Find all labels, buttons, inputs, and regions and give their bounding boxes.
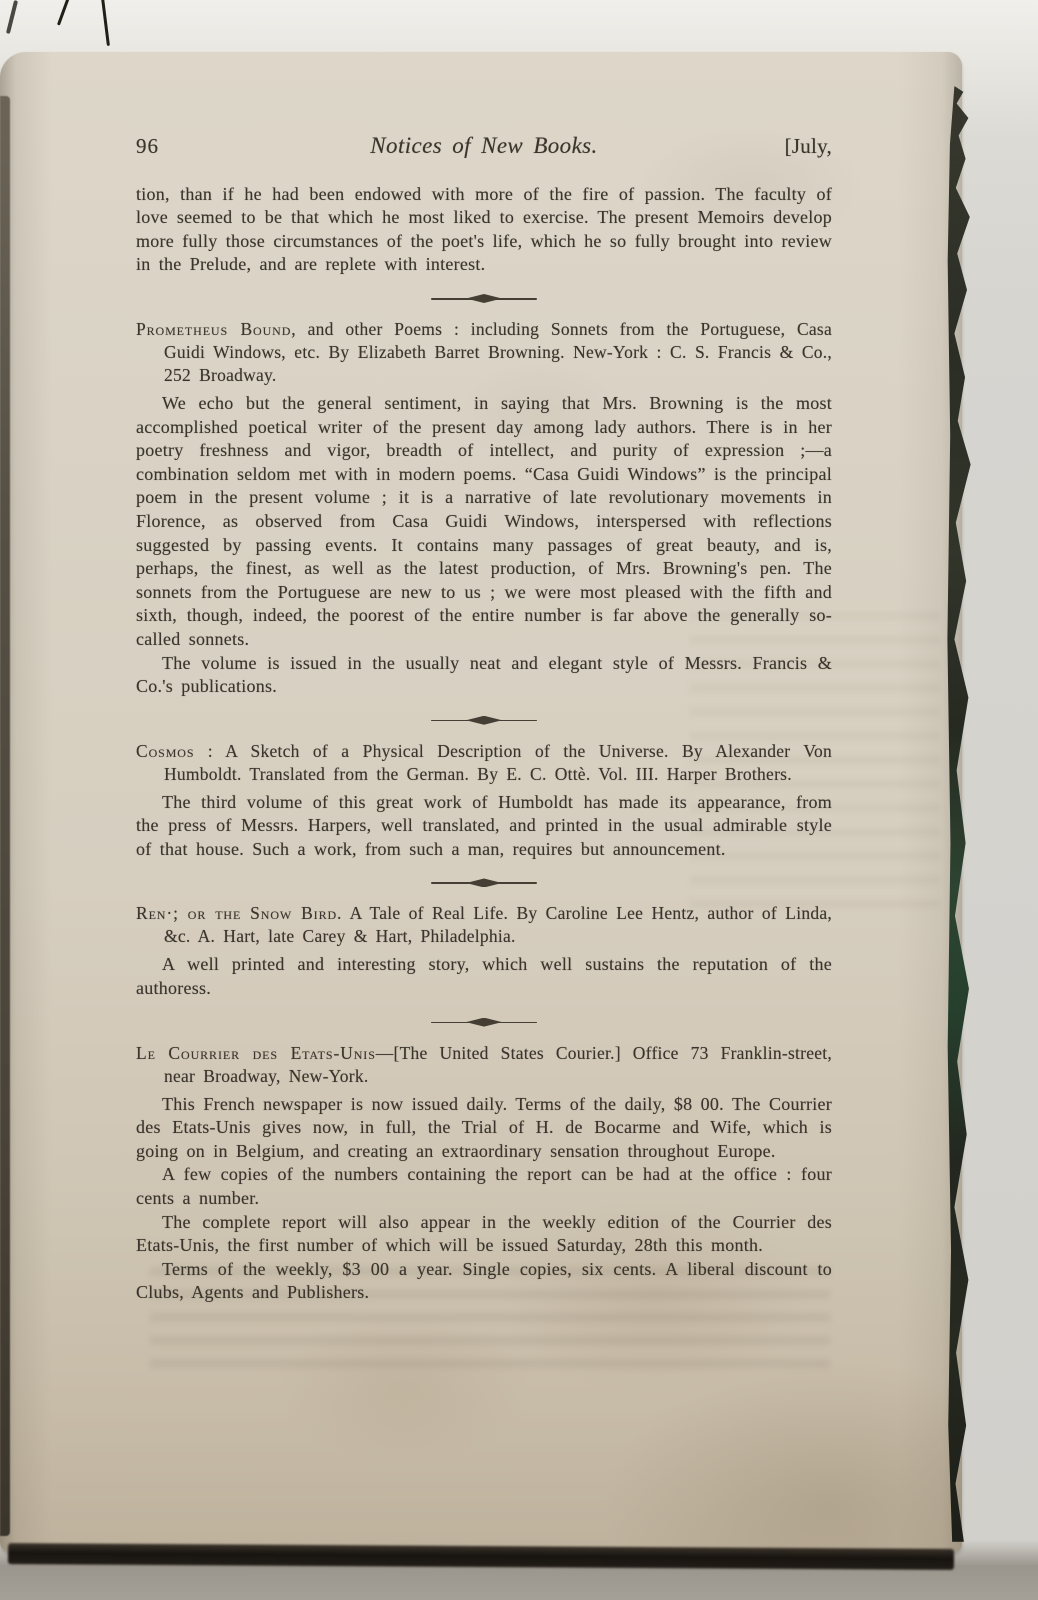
- entry-title: Ren·; or the Snow Bird.: [136, 903, 342, 923]
- entry-title: Cosmos: [136, 741, 194, 761]
- entry-paragraph: The complete report will also appear in …: [136, 1211, 832, 1258]
- divider-diamond-ornament: [466, 878, 502, 887]
- book-notice-courrier-des-etats-unis: Le Courrier des Etats-Unis—[The United S…: [136, 1042, 832, 1305]
- section-divider: [431, 878, 537, 887]
- entry-heading: Le Courrier des Etats-Unis—[The United S…: [136, 1042, 832, 1088]
- divider-diamond-ornament: [466, 294, 502, 303]
- section-divider: [431, 1018, 537, 1027]
- entry-title: Prometheus Bound: [136, 319, 291, 339]
- entry-paragraph: We echo but the general sentiment, in sa…: [136, 392, 832, 652]
- entry-heading-rest: : A Sketch of a Physical Description of …: [164, 741, 832, 784]
- binding-gutter-shadow: [0, 96, 10, 1536]
- entry-heading: Cosmos : A Sketch of a Physical Descript…: [136, 740, 832, 786]
- entry-heading: Prometheus Bound, and other Poems : incl…: [136, 318, 832, 387]
- book-notice-snow-bird: Ren·; or the Snow Bird. A Tale of Real L…: [136, 902, 832, 1000]
- intro-paragraph: tion, than if he had been endowed with m…: [136, 183, 832, 277]
- entry-paragraph: A few copies of the numbers containing t…: [136, 1163, 832, 1210]
- book-page: 96 Notices of New Books. [July, tion, th…: [0, 52, 962, 1552]
- binding-thread: [6, 0, 18, 34]
- entry-paragraph: This French newspaper is now issued dail…: [136, 1093, 832, 1164]
- page-content: 96 Notices of New Books. [July, tion, th…: [0, 52, 962, 1305]
- entry-heading: Ren·; or the Snow Bird. A Tale of Real L…: [136, 902, 832, 948]
- entry-paragraph: The third volume of this great work of H…: [136, 791, 832, 862]
- divider-diamond-ornament: [466, 716, 502, 725]
- entry-paragraph: A well printed and interesting story, wh…: [136, 953, 832, 1000]
- entry-paragraph: The volume is issued in the usually neat…: [136, 652, 832, 699]
- torn-page-edge: [946, 86, 974, 1542]
- page-bottom-shadow: [8, 1543, 954, 1570]
- entry-title: Le Courrier des Etats-Unis: [136, 1043, 376, 1063]
- running-head: 96 Notices of New Books. [July,: [136, 134, 832, 159]
- binding-thread: [57, 0, 70, 26]
- running-title: Notices of New Books.: [370, 134, 597, 158]
- book-notice-cosmos: Cosmos : A Sketch of a Physical Descript…: [136, 740, 832, 862]
- book-notice-prometheus-bound: Prometheus Bound, and other Poems : incl…: [136, 318, 832, 699]
- entry-paragraph: Terms of the weekly, $3 00 a year. Singl…: [136, 1258, 832, 1305]
- issue-date: [July,: [785, 135, 832, 159]
- section-divider: [431, 716, 537, 725]
- page-number: 96: [136, 135, 159, 159]
- binding-thread: [101, 0, 110, 46]
- divider-diamond-ornament: [466, 1018, 502, 1027]
- section-divider: [431, 294, 537, 303]
